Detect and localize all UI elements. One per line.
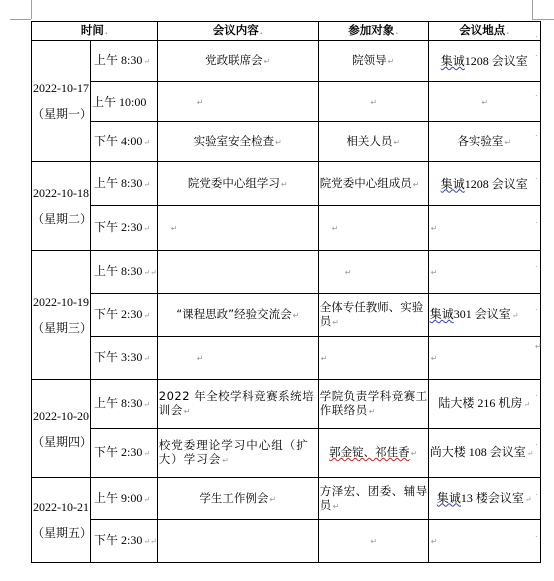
content-cell: ↵ bbox=[157, 206, 318, 251]
time-cell: 下午 3:30↵ bbox=[91, 337, 158, 380]
header-attendees: 参加对象. bbox=[318, 22, 428, 41]
table-row: 下午 3:30↵ ↵ ↵ ↵ bbox=[32, 337, 541, 380]
location-cell: 各实验室↵ bbox=[428, 122, 540, 162]
crop-mark-top-left-vertical bbox=[31, 0, 32, 19]
attendees-cell: ↵ bbox=[318, 82, 428, 122]
location-cell: 集诚1208 会议室 bbox=[428, 162, 540, 206]
date-cell: 2022-10-18（星期二） bbox=[32, 162, 91, 251]
time-cell: 下午 2:30↵ bbox=[91, 294, 158, 337]
content-cell: 2022 年全校学科竞赛系统培训会↵ bbox=[157, 380, 318, 429]
content-cell: 党政联席会↵ bbox=[157, 41, 318, 82]
date-cell: 2022-10-19（星期三） bbox=[32, 251, 91, 380]
attendees-cell: 相关人员↵ bbox=[318, 122, 428, 162]
location-cell: ↵ bbox=[428, 82, 540, 122]
time-cell: 下午 2:30↵↵ bbox=[91, 520, 158, 563]
row-end-mark: . bbox=[535, 530, 538, 539]
attendees-cell: 郭金锭、祁佳香↵ bbox=[318, 429, 428, 478]
row-end-mark: . bbox=[535, 303, 538, 312]
time-cell: 下午 2:30↵ bbox=[91, 429, 158, 478]
location-cell: ↵ bbox=[428, 337, 540, 380]
attendees-cell: ↵ bbox=[318, 520, 428, 563]
time-cell: 下午 2:30↵ bbox=[91, 206, 158, 251]
row-end-mark: . bbox=[535, 389, 538, 398]
content-cell: 校党委理论学习中心组（扩大）学习会↵ bbox=[157, 429, 318, 478]
time-cell: 下午 4:00↵ bbox=[91, 122, 158, 162]
content-cell: 实验室安全检查↵ bbox=[157, 122, 318, 162]
row-end-mark: ↵ bbox=[535, 342, 542, 351]
attendees-cell: ↵ bbox=[318, 337, 428, 380]
date-cell: 2022-10-20（星期四） bbox=[32, 380, 91, 478]
date-cell: 2022-10-17（星期一） bbox=[32, 41, 91, 162]
table-row: 下午 2:30↵↵ ↵ ↵ bbox=[32, 520, 541, 563]
location-cell: 集诚13 楼会议室↵ bbox=[428, 478, 540, 520]
crop-mark-top-left-horizontal bbox=[10, 19, 31, 20]
attendees-cell: 全体专任教师、实验员↵ bbox=[318, 294, 428, 337]
time-cell: 上午 8:30↵↵ bbox=[91, 251, 158, 294]
content-cell bbox=[157, 520, 318, 563]
header-row: 时间. 会议内容. 参加对象. 会议地点. bbox=[32, 22, 541, 41]
attendees-cell: 院领导↵ bbox=[318, 41, 428, 82]
attendees-cell: 院党委中心组成员↵ bbox=[318, 162, 428, 206]
table-row: 下午 4:00↵ 实验室安全检查↵ 相关人员↵ 各实验室↵ bbox=[32, 122, 541, 162]
content-cell: “课程思政”经验交流会↵ bbox=[157, 294, 318, 337]
header-content: 会议内容. bbox=[157, 22, 318, 41]
table-row: 下午 2:30↵ ↵ ↵ ↵ bbox=[32, 206, 541, 251]
time-cell: 上午 10:00 bbox=[91, 82, 158, 122]
time-cell: 上午 8:30↵ bbox=[91, 380, 158, 429]
location-cell: ↵ bbox=[428, 206, 540, 251]
table-row: 2022-10-21（星期五） 上午 9:00↵ 学生工作例会↵ 方泽宏、团委、… bbox=[32, 478, 541, 520]
table-row: 2022-10-20（星期四） 上午 8:30↵ 2022 年全校学科竞赛系统培… bbox=[32, 380, 541, 429]
row-end-mark: . bbox=[535, 216, 538, 225]
row-end-mark: . bbox=[535, 172, 538, 181]
content-cell: ↵ bbox=[157, 82, 318, 122]
crop-mark-top-right-vertical bbox=[532, 0, 533, 19]
header-location: 会议地点. bbox=[428, 22, 540, 41]
time-cell: 上午 8:30↵ bbox=[91, 41, 158, 82]
meeting-schedule-table: 时间. 会议内容. 参加对象. 会议地点. 2022-10-17（星期一） 上午… bbox=[31, 21, 541, 563]
date-cell: 2022-10-21（星期五） bbox=[32, 478, 91, 563]
table-row: 2022-10-18（星期二） 上午 8:30↵ 院党委中心组学习↵ 院党委中心… bbox=[32, 162, 541, 206]
table-row: 下午 2:30↵ 校党委理论学习中心组（扩大）学习会↵ 郭金锭、祁佳香↵ 尚大楼… bbox=[32, 429, 541, 478]
table-row: 下午 2:30↵ “课程思政”经验交流会↵ 全体专任教师、实验员↵ 集诚301 … bbox=[32, 294, 541, 337]
table-row: 2022-10-17（星期一） 上午 8:30↵ 党政联席会↵ 院领导↵ 集诚1… bbox=[32, 41, 541, 82]
row-end-mark: . bbox=[535, 488, 538, 497]
row-end-mark: . bbox=[535, 260, 538, 269]
location-cell: 集诚301 会议室↵ bbox=[428, 294, 540, 337]
content-cell: ↵ bbox=[157, 337, 318, 380]
attendees-cell: ↵ bbox=[318, 251, 428, 294]
row-end-mark: . bbox=[535, 129, 538, 138]
content-cell: 院党委中心组学习↵ bbox=[157, 162, 318, 206]
time-cell: 上午 9:00↵ bbox=[91, 478, 158, 520]
location-cell: ↵ bbox=[428, 520, 540, 563]
table-row: 2022-10-19（星期三） 上午 8:30↵↵ ↵ ↵ bbox=[32, 251, 541, 294]
attendees-cell: 方泽宏、团委、辅导员↵ bbox=[318, 478, 428, 520]
content-cell bbox=[157, 251, 318, 294]
attendees-cell: ↵ bbox=[318, 206, 428, 251]
header-time: 时间. bbox=[32, 22, 158, 41]
location-cell: 陆大楼 216 机房↵ bbox=[428, 380, 540, 429]
row-end-mark: . bbox=[535, 89, 538, 98]
row-end-mark: . bbox=[535, 49, 538, 58]
row-end-mark: . bbox=[535, 438, 538, 447]
location-cell: 集诚1208 会议室 bbox=[428, 41, 540, 82]
content-cell: 学生工作例会↵ bbox=[157, 478, 318, 520]
time-cell: 上午 8:30↵ bbox=[91, 162, 158, 206]
crop-mark-top-right-horizontal bbox=[532, 19, 554, 20]
row-end-mark: . bbox=[535, 30, 538, 39]
location-cell: 尚大楼 108 会议室↵ bbox=[428, 429, 540, 478]
location-cell: ↵ bbox=[428, 251, 540, 294]
table-row: 上午 10:00 ↵ ↵ ↵ bbox=[32, 82, 541, 122]
attendees-cell: 学院负责学科竞赛工作联络员↵ bbox=[318, 380, 428, 429]
